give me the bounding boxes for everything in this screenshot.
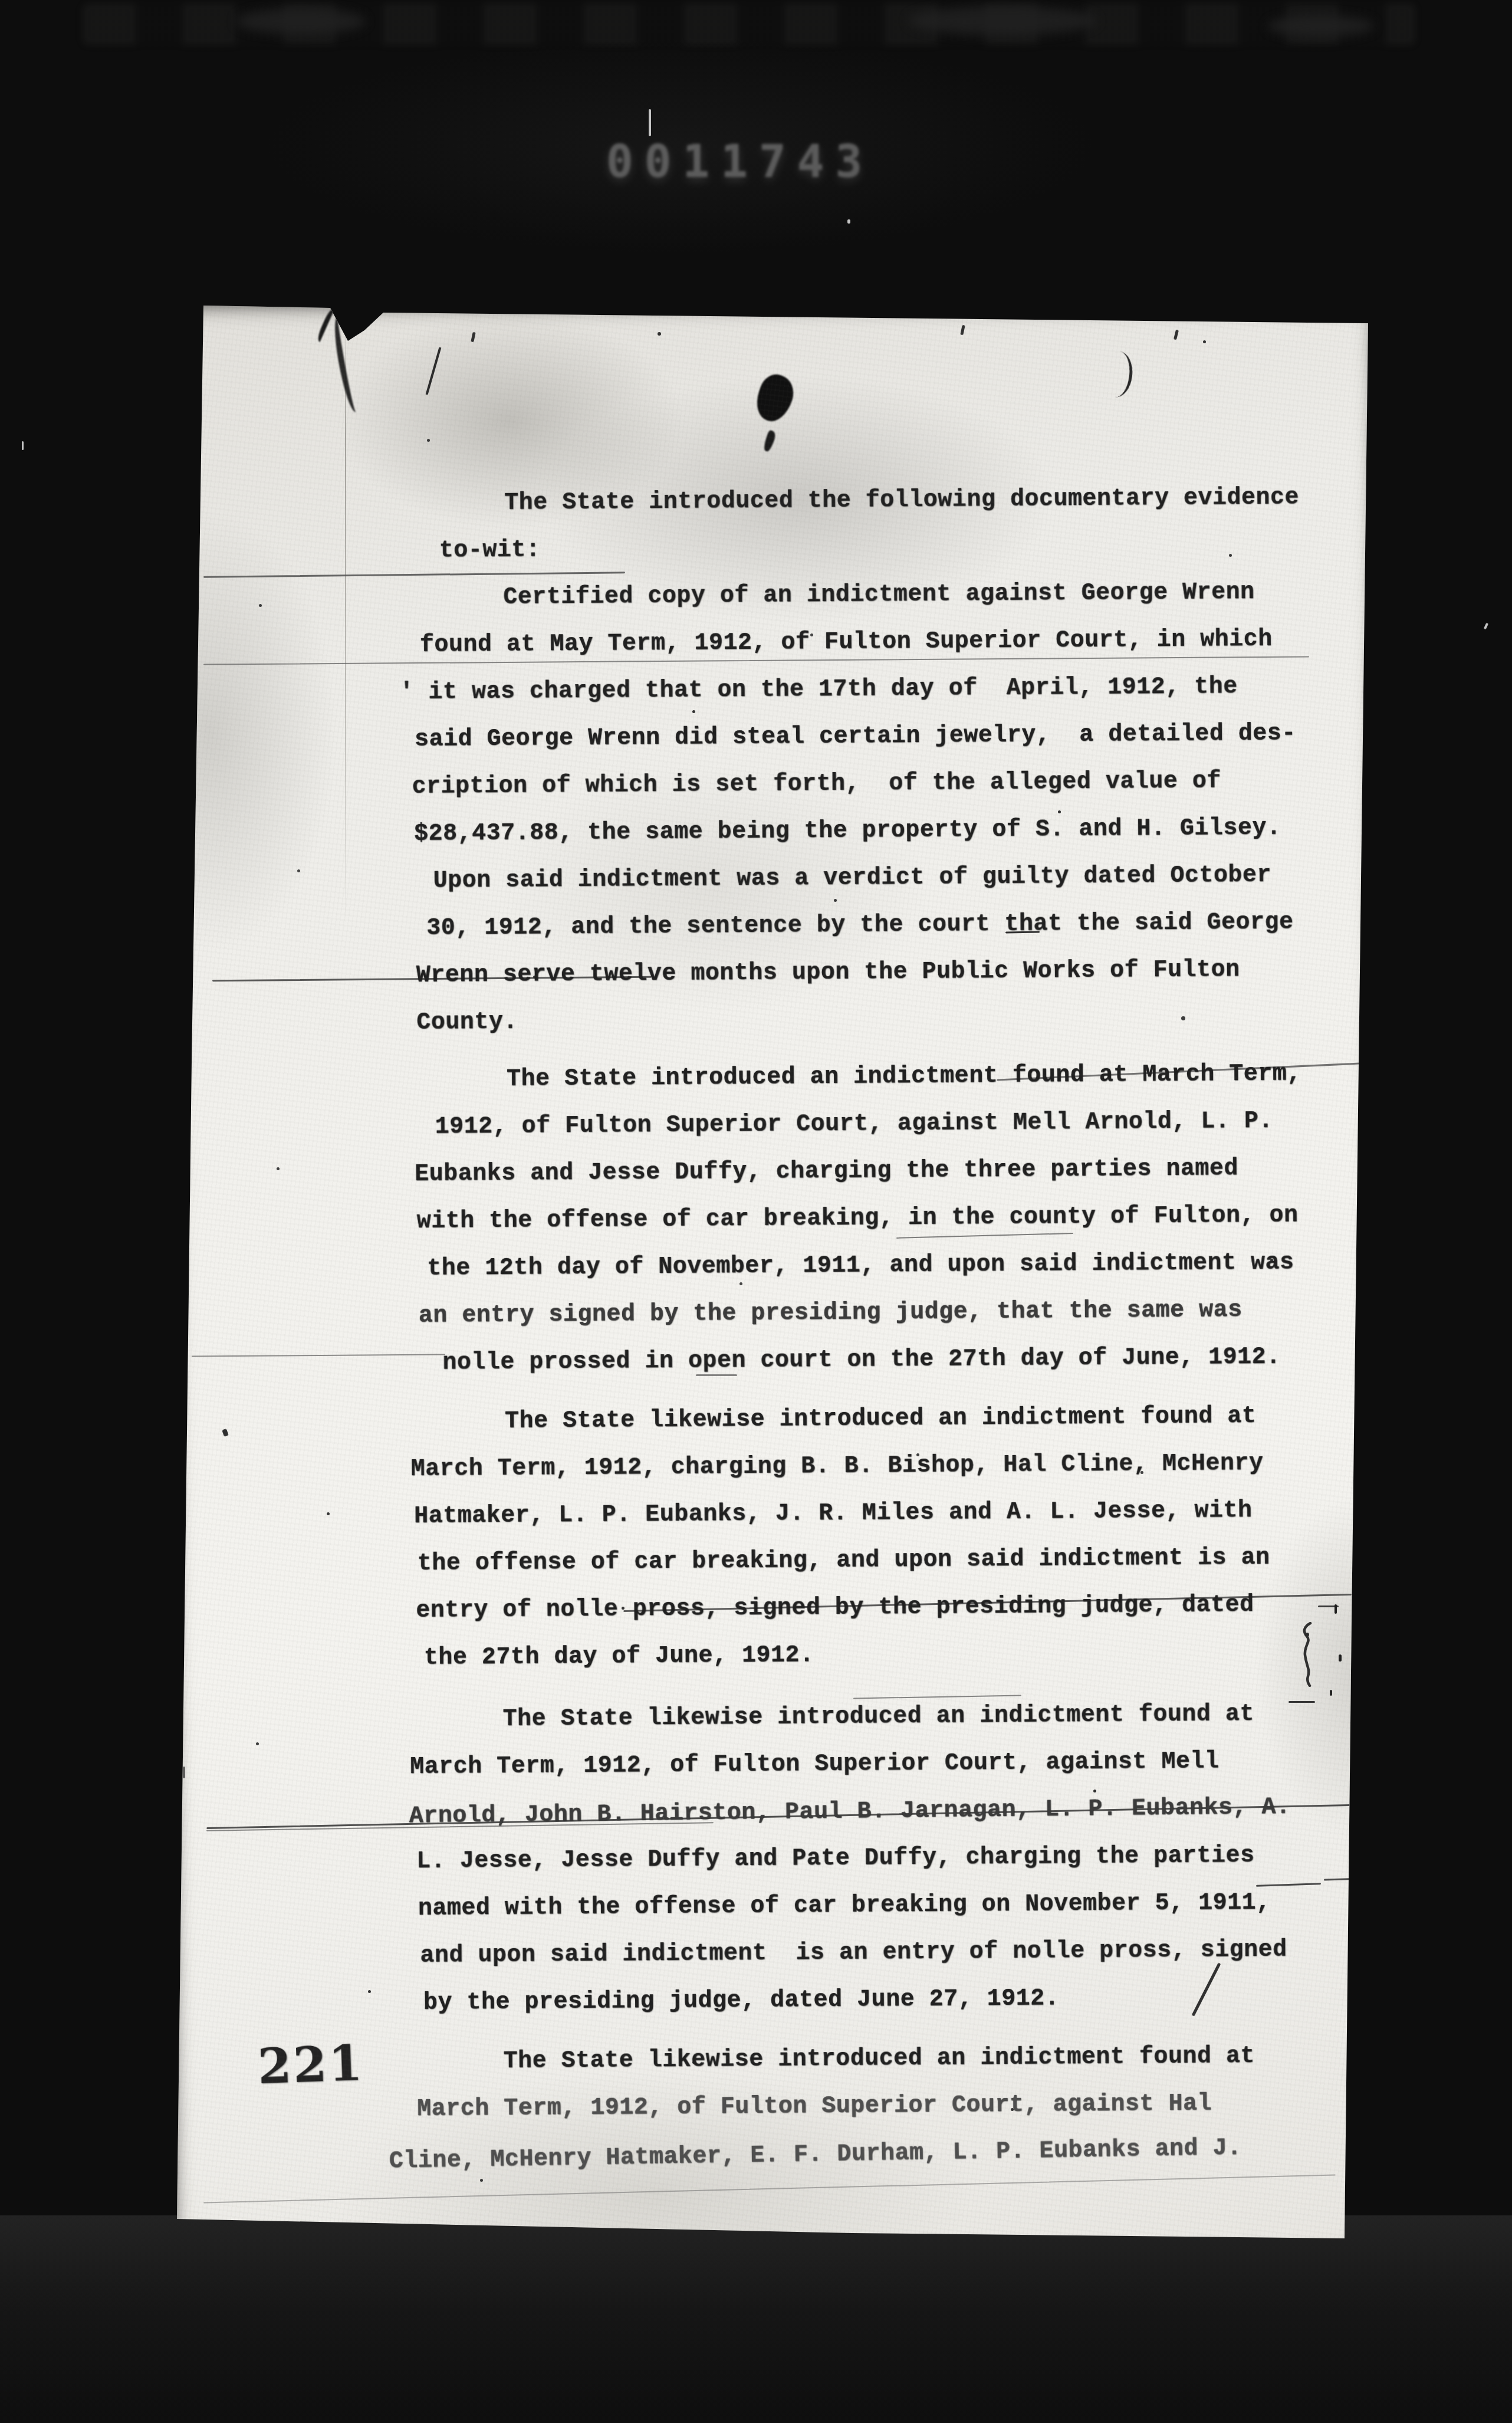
paper-dust-specks xyxy=(174,304,176,306)
bottom-shadow-band xyxy=(0,2215,1512,2423)
typewritten-line: and upon said indictment is an entry of … xyxy=(420,1925,1506,1980)
stray-slash-mark xyxy=(426,347,442,395)
page-number-stamp: 221 xyxy=(257,2039,365,2091)
scan-artifact-line xyxy=(192,1354,445,1357)
typewritten-line: found at May Term, 1912, of Fulton Super… xyxy=(420,615,1497,669)
stray-dot-mark xyxy=(1203,340,1206,343)
typewritten-line: L. Jesse, Jesse Duffy and Pate Duffy, ch… xyxy=(416,1831,1505,1886)
typewritten-line: Eubanks and Jesse Duffy, charging the th… xyxy=(415,1144,1500,1199)
typewritten-line: 1912, of Fulton Superior Court, against … xyxy=(435,1096,1500,1151)
stray-paren-mark xyxy=(1115,352,1135,399)
paragraph: The State introduced an indictment found… xyxy=(414,1049,1501,1387)
typewritten-line: The State introduced the following docum… xyxy=(504,473,1495,527)
typewritten-line: the 12th day of November, 1911, and upon… xyxy=(427,1238,1501,1293)
typewritten-line: ' it was charged that on the 17th day of… xyxy=(399,662,1497,717)
document-paper: 221 The State introduced the following d… xyxy=(174,304,1374,2253)
film-scratch-speck xyxy=(649,109,651,136)
typewritten-line: County. xyxy=(416,992,1499,1047)
typewritten-text-block: The State introduced the following docum… xyxy=(410,473,1507,2181)
paragraph: The State likewise introduced an indictm… xyxy=(418,1689,1506,2027)
typewritten-line: nolle prossed in open court on the 27th … xyxy=(442,1332,1501,1387)
film-dust-speck xyxy=(22,441,24,450)
typewritten-line: the 27th day of June, 1912. xyxy=(424,1627,1504,1682)
stray-apostrophe-mark xyxy=(1174,330,1179,340)
typewritten-line: entry of nolle pross, signed by the pres… xyxy=(416,1580,1503,1635)
typewritten-line: 30, 1912, and the sentence by the court … xyxy=(426,898,1498,953)
scanned-court-record-photo: 0011743 xyxy=(0,0,1512,2423)
typewritten-line: The State likewise introduced an indictm… xyxy=(505,1391,1502,1446)
typewritten-line: to-wit: xyxy=(439,520,1496,575)
typewritten-line: The State introduced an indictment found… xyxy=(507,1049,1500,1104)
typewritten-line: March Term, 1912, charging B. B. Bishop,… xyxy=(410,1439,1502,1493)
typewritten-line: said George Wrenn did steal certain jewe… xyxy=(415,709,1497,764)
typewritten-line: named with the offense of car breaking o… xyxy=(418,1878,1506,1933)
edge-tick xyxy=(187,1253,189,1264)
film-dust-speck xyxy=(847,219,850,224)
typewritten-line: Upon said indictment was a verdict of gu… xyxy=(433,851,1498,905)
typewritten-line: an entry signed by the presiding judge, … xyxy=(419,1285,1501,1340)
typewritten-line: Wrenn serve twelve months upon the Publi… xyxy=(416,945,1499,1000)
edge-tick xyxy=(185,852,186,865)
typewritten-line: Certified copy of an indictment against … xyxy=(503,567,1496,622)
typewritten-line: Hatmaker, L. P. Eubanks, J. R. Miles and… xyxy=(414,1486,1503,1541)
typewritten-line: with the offense of car breaking, in the… xyxy=(416,1191,1500,1246)
paragraph: The State introduced the following docum… xyxy=(410,473,1499,1047)
typewritten-line: by the presiding judge, dated June 27, 1… xyxy=(423,1972,1506,2027)
paragraph: The State likewise introduced an indictm… xyxy=(420,2031,1507,2181)
film-dust-speck xyxy=(1484,623,1488,630)
stray-dot-mark xyxy=(658,332,661,336)
top-smudge-blob xyxy=(236,8,366,34)
stray-apostrophe-mark xyxy=(471,332,475,343)
paragraph: The State likewise introduced an indictm… xyxy=(416,1391,1503,1682)
typewritten-line: the offense of car breaking, and upon sa… xyxy=(418,1533,1503,1588)
top-smudge-blob xyxy=(908,6,1097,35)
typewritten-line: cription of which is set forth, of the a… xyxy=(412,756,1497,811)
typewritten-line: The State likewise introduced an indictm… xyxy=(502,1689,1504,1744)
microfilm-frame-number: 0011743 xyxy=(606,139,873,184)
stray-margin-mark xyxy=(222,1429,229,1437)
stray-apostrophe-mark xyxy=(960,325,965,336)
top-smudge-blob xyxy=(1268,15,1374,37)
ink-blot xyxy=(751,370,798,426)
paper-tear-mark xyxy=(331,315,363,413)
typewritten-line: The State likewise introduced an indictm… xyxy=(503,2031,1506,2086)
edge-tick xyxy=(183,1767,185,1778)
paper-crease xyxy=(345,316,346,923)
typewritten-line: $28,437.88, the same being the property … xyxy=(414,803,1498,858)
